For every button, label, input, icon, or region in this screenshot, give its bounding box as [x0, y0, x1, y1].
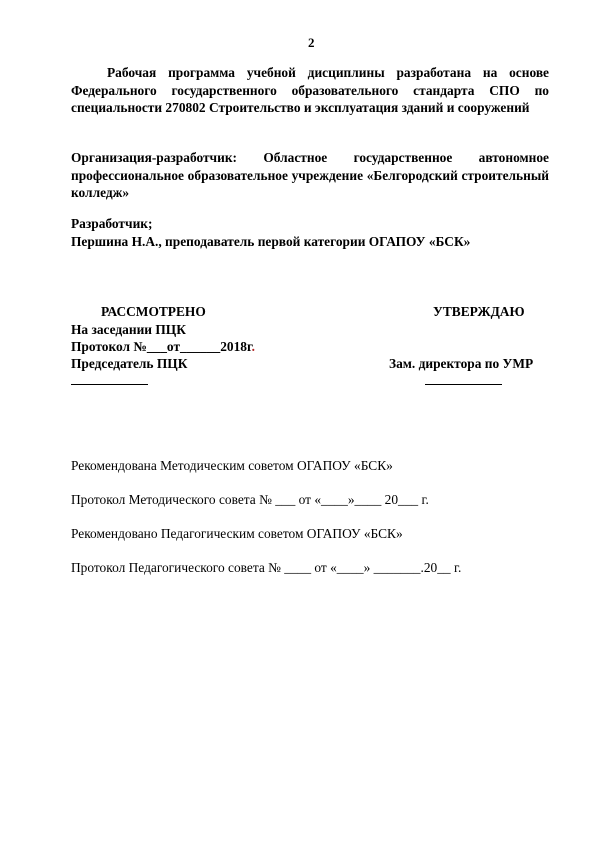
- reviewed-heading: РАССМОТРЕНО: [101, 303, 206, 321]
- methodical-council-protocol: Протокол Методического совета № ___ от «…: [71, 492, 429, 508]
- page-number: 2: [308, 35, 315, 51]
- pedagogical-council-recommendation: Рекомендовано Педагогическим советом ОГА…: [71, 526, 403, 542]
- organization-line-3: колледж»: [71, 184, 549, 202]
- protocol-line: Протокол №___от______2018г.: [71, 338, 255, 356]
- organization-paragraph: Организация-разработчик: Областное госуд…: [71, 149, 549, 202]
- methodical-council-recommendation: Рекомендована Методическим советом ОГАПО…: [71, 458, 393, 474]
- organization-line-2: профессиональное образовательное учрежде…: [71, 167, 549, 185]
- chairman-label: Председатель ПЦК: [71, 355, 187, 373]
- protocol-text: Протокол №___от______2018г: [71, 339, 252, 354]
- document-page: 2 Рабочая программа учебной дисциплины р…: [0, 0, 595, 842]
- deputy-director-label: Зам. директора по УМР: [389, 355, 533, 373]
- intro-line-3: специальности 270802 Строительство и экс…: [71, 99, 549, 117]
- approved-heading: УТВЕРЖДАЮ: [433, 303, 525, 321]
- intro-line-2: Федерального государственного образовате…: [71, 82, 549, 100]
- protocol-suffix: .: [252, 339, 255, 354]
- deputy-signature-line: [425, 384, 502, 385]
- organization-line-1: Организация-разработчик: Областное госуд…: [71, 149, 549, 167]
- developer-label: Разработчик;: [71, 215, 152, 233]
- intro-paragraph: Рабочая программа учебной дисциплины раз…: [71, 64, 549, 117]
- meeting-label: На заседании ПЦК: [71, 321, 186, 339]
- developer-value: Першина Н.А., преподаватель первой катег…: [71, 233, 470, 251]
- chairman-signature-line: [71, 384, 148, 385]
- pedagogical-council-protocol: Протокол Педагогического совета № ____ о…: [71, 560, 461, 576]
- intro-line-1: Рабочая программа учебной дисциплины раз…: [71, 64, 549, 82]
